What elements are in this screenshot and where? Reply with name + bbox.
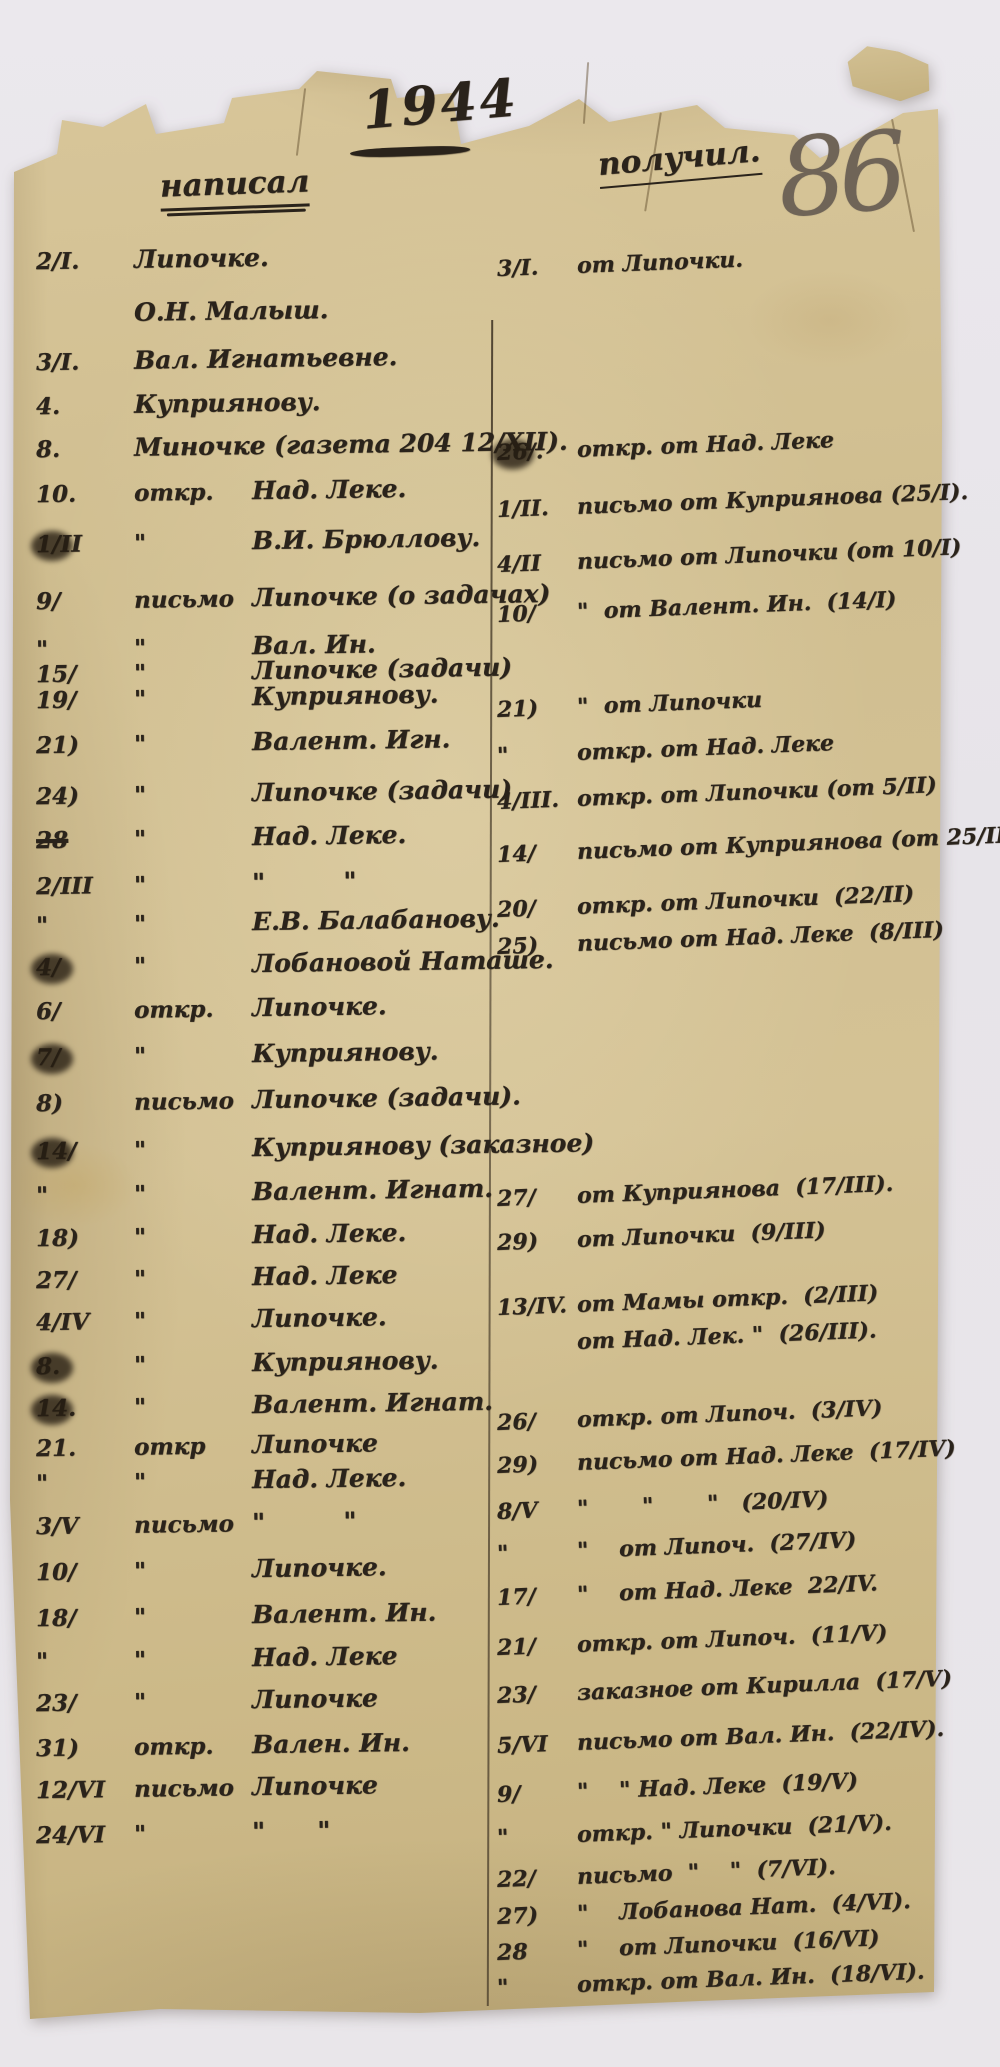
entry-date: 29) <box>497 1450 578 1479</box>
entry-date: 27/ <box>497 1183 578 1212</box>
log-entry: 29)письмо от Над. Леке (17/IV) <box>497 1436 946 1479</box>
entry-date: " <box>497 1538 578 1567</box>
entry-date: 20/ <box>497 894 578 923</box>
entry-date: 21) <box>497 694 578 723</box>
log-entry: 26/.откр. от Над. Леке <box>497 423 946 466</box>
log-entry: 26/откр. от Липоч. (3/IV) <box>497 1393 946 1436</box>
log-entry: 5/VIписьмо от Вал. Ин. (22/IV). <box>497 1716 946 1759</box>
entry-text: от Липочки. <box>576 247 743 279</box>
entry-text: " Лобанова Нат. (4/VI). <box>576 1888 911 1927</box>
entry-date: 14/ <box>497 839 578 868</box>
log-entry: 14/письмо от Куприянова (от 25/II) <box>497 825 946 868</box>
log-entry: 23/заказное от Кирилла (17/V) <box>497 1666 946 1709</box>
entry-date: 22/ <box>497 1864 578 1893</box>
entry-text: от Липочки (9/III) <box>576 1217 826 1253</box>
entry-text: откр. от Вал. Ин. (18/VI). <box>576 1959 924 1998</box>
entry-date: " <box>497 1822 578 1851</box>
entry-date: 5/VI <box>497 1730 578 1759</box>
entry-date: 3/I. <box>497 253 578 282</box>
log-entry: 27/от Куприянова (17/III). <box>497 1169 946 1212</box>
entry-text: " от Липочки <box>576 687 762 720</box>
received-column: 3/I.от Липочки.26/.откр. от Над. Леке1/I… <box>0 0 1000 2067</box>
entry-text: " от Липоч. (27/IV) <box>576 1527 856 1564</box>
log-entry: "откр. от Вал. Ин. (18/VI). <box>497 1958 946 2001</box>
entry-date: 9/ <box>497 1779 578 1808</box>
entry-date: 4/II <box>497 549 578 578</box>
entry-date: " <box>497 740 578 769</box>
entry-text: " от Над. Леке 22/IV. <box>576 1570 878 1608</box>
entry-date: 17/ <box>497 1582 578 1611</box>
log-entry: 20/откр. от Липочки (22/II) <box>497 880 946 923</box>
entry-text: от Куприянова (17/III). <box>576 1171 893 1209</box>
log-entry: от Над. Лек. " (26/III). <box>497 1315 946 1358</box>
log-entry: 9/" " Над. Леке (19/V) <box>497 1765 946 1808</box>
log-entry: 27)" Лобанова Нат. (4/VI). <box>497 1887 946 1930</box>
log-entry: 22/письмо " " (7/VI). <box>497 1850 946 1893</box>
entry-date: 29) <box>497 1227 578 1256</box>
log-entry: 1/II.письмо от Куприянова (25/I). <box>497 480 946 523</box>
entry-date: 26/ <box>497 1407 578 1436</box>
log-entry: 10/" от Валент. Ин. (14/I) <box>497 585 946 628</box>
entry-date: 1/II. <box>497 494 578 523</box>
entry-text: письмо от Над. Леке (8/III) <box>576 917 944 957</box>
entry-text: " " Над. Леке (19/V) <box>576 1768 858 1805</box>
entry-text: заказное от Кирилла (17/V) <box>576 1666 952 1706</box>
entry-text: от Над. Лек. " (26/III). <box>576 1317 876 1354</box>
entry-text: письмо от Над. Леке (17/IV) <box>576 1435 956 1476</box>
entry-date: 28 <box>497 1937 578 1966</box>
entry-text: откр. от Над. Леке <box>576 427 834 463</box>
entry-text: откр. от Над. Леке <box>576 730 834 766</box>
log-entry: 17/" от Над. Леке 22/IV. <box>497 1568 946 1611</box>
entry-date: 10/ <box>497 599 578 628</box>
entry-text: письмо от Липочки (от 10/I) <box>576 534 961 575</box>
entry-date: 13/IV. <box>497 1292 578 1321</box>
log-entry: 4/III.откр. от Липочки (от 5/II) <box>497 772 946 815</box>
entry-date: 8/V <box>497 1496 578 1525</box>
entry-text: письмо от Куприянова (от 25/II) <box>576 822 1000 865</box>
log-entry: "откр. " Липочки (21/V). <box>497 1808 946 1851</box>
log-entry: 21/откр. от Липоч. (11/V) <box>497 1618 946 1661</box>
entry-date: " <box>497 1972 578 2001</box>
log-entry: 21)" от Липочки <box>497 680 946 723</box>
entry-date: 27) <box>497 1901 578 1930</box>
entry-text: откр. от Липоч. (11/V) <box>576 1620 887 1658</box>
entry-date <box>497 1349 577 1352</box>
entry-text: от Мамы откр. (2/III) <box>576 1280 878 1318</box>
scanned-letter-log: 1944 написал получил. 86 2/I.Липочке.О.Н… <box>0 0 1000 2067</box>
entry-text: " от Липочки (16/VI) <box>576 1925 879 1963</box>
entry-text: письмо от Вал. Ин. (22/IV). <box>576 1716 944 1756</box>
log-entry: 8/V" " " (20/IV) <box>497 1482 946 1525</box>
entry-date: 26/. <box>497 437 578 466</box>
log-entry: 3/I.от Липочки. <box>497 239 946 282</box>
log-entry: 25)письмо от Над. Леке (8/III) <box>497 917 946 960</box>
log-entry: 4/IIписьмо от Липочки (от 10/I) <box>497 535 946 578</box>
log-entry: "откр. от Над. Леке <box>497 726 946 769</box>
entry-text: письмо " " (7/VI). <box>576 1854 836 1890</box>
entry-text: откр. от Липочки (от 5/II) <box>576 772 937 812</box>
entry-date: 25) <box>497 931 578 960</box>
entry-date: 21/ <box>497 1632 578 1661</box>
log-entry: "" от Липоч. (27/IV) <box>497 1524 946 1567</box>
entry-date: 23/ <box>497 1680 578 1709</box>
entry-text: " от Валент. Ин. (14/I) <box>576 587 896 625</box>
entry-text: " " " (20/IV) <box>576 1486 828 1522</box>
entry-text: письмо от Куприянова (25/I). <box>576 479 968 520</box>
log-entry: 29)от Липочки (9/III) <box>497 1213 946 1256</box>
entry-date: 4/III. <box>497 786 578 815</box>
entry-text: откр. " Липочки (21/V). <box>576 1810 892 1848</box>
log-entry: 13/IV.от Мамы откр. (2/III) <box>497 1278 946 1321</box>
entry-text: откр. от Липочки (22/II) <box>576 881 914 920</box>
entry-text: откр. от Липоч. (3/IV) <box>576 1395 882 1433</box>
